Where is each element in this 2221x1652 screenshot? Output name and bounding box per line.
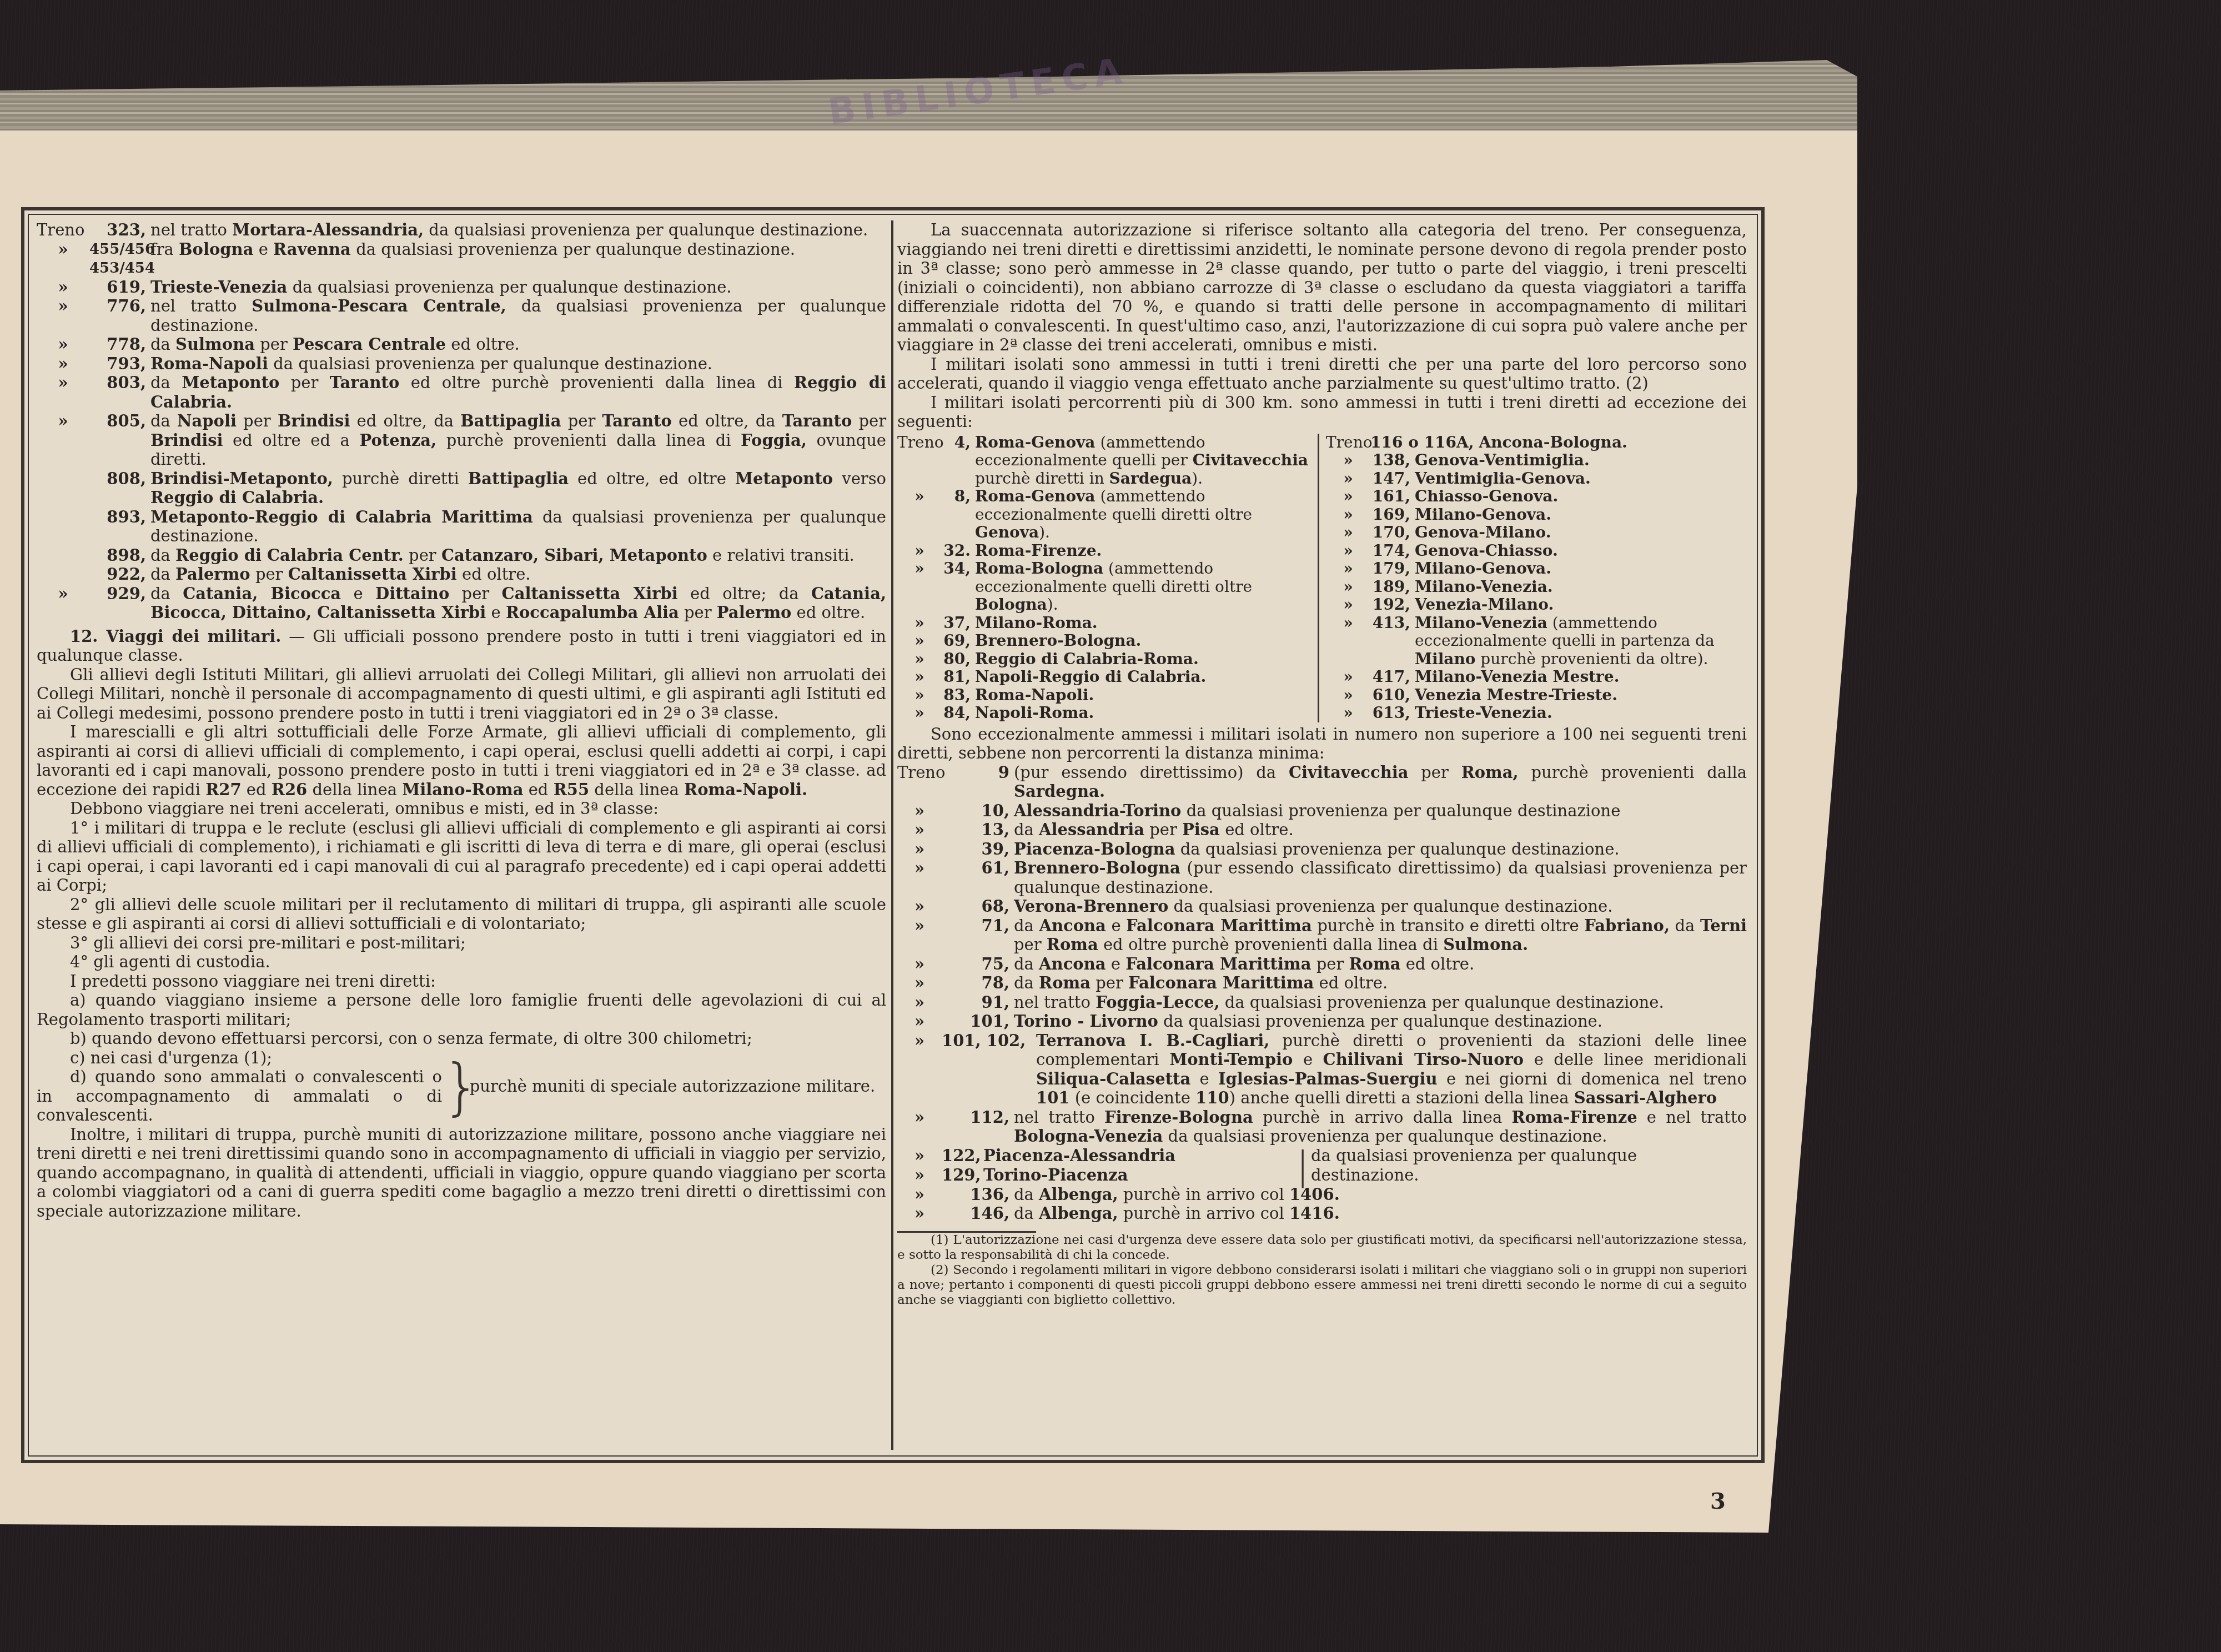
train-entry: »101, 102,Terranova I. B.-Cagliari, purc… (897, 1031, 1747, 1108)
train-entry: »37,Milano-Roma. (897, 614, 1318, 632)
footnote-2: (2) Secondo i regolamenti militari in vi… (897, 1263, 1747, 1308)
train-entry: 808, Brindisi-Metaponto, purchè diretti … (37, 469, 886, 508)
train-entry: »83,Roma-Napoli. (897, 686, 1318, 705)
train-entry: » 805, da Napoli per Brindisi ed oltre, … (37, 411, 886, 469)
train-entry: »147,Ventimiglia-Genova. (1326, 470, 1747, 488)
paragraph: Inoltre, i militari di truppa, purchè mu… (37, 1125, 886, 1221)
train-entry: »161,Chiasso-Genova. (1326, 488, 1747, 506)
train-entry: Treno9 (pur essendo direttissimo) da Civ… (897, 763, 1747, 801)
list-item: 2° gli allievi delle scuole militari per… (37, 895, 886, 933)
paragraph: I predetti possono viaggiare nei treni d… (37, 972, 886, 991)
train-entry: »613,Trieste-Venezia. (1326, 704, 1747, 722)
train-entry: 922, da Palermo per Caltanissetta Xirbi … (37, 565, 886, 584)
brace-group-trains: » 122, Piacenza-Alessandria | da qualsia… (897, 1146, 1747, 1185)
list-item: c) nei casi d'urgenza (1); (37, 1048, 442, 1068)
train-entry: » 776, nel tratto Sulmona-Pescara Centra… (37, 297, 886, 335)
paragraph: I militari isolati sono ammessi in tutti… (897, 355, 1747, 393)
list-item: d) quando sono ammalati o convalescenti … (37, 1067, 442, 1125)
train-entry: »417,Milano-Venezia Mestre. (1326, 668, 1747, 686)
train-entry: »138,Genova-Ventimiglia. (1326, 451, 1747, 470)
excluded-trains-table: Treno4,Roma-Genova (ammettendo ecceziona… (897, 434, 1747, 722)
brace-note: purchè muniti di speciale autorizzazione… (459, 1077, 886, 1096)
column-divider (891, 220, 893, 1450)
train-entry: »32.Roma-Firenze. (897, 542, 1318, 560)
right-column: La suaccennata autorizzazione si riferis… (897, 220, 1747, 1450)
train-entry: 893, Metaponto-Reggio di Calabria Maritt… (37, 508, 886, 546)
train-entry: Treno116 o 116A, Ancona-Bologna. (1326, 434, 1747, 452)
train-entry: »91,nel tratto Foggia-Lecce, da qualsias… (897, 993, 1747, 1012)
brace-icon: } (442, 1056, 459, 1117)
train-entry: »68,Verona-Brennero da qualsiasi proveni… (897, 897, 1747, 916)
train-entry: » 803, da Metaponto per Taranto ed oltre… (37, 373, 886, 411)
train-entry: »189,Milano-Venezia. (1326, 578, 1747, 596)
train-entry: » 929, da Catania, Bicocca e Dittaino pe… (37, 584, 886, 622)
paragraph: I militari isolati percorrenti più di 30… (897, 393, 1747, 431)
left-column: Treno 323, nel tratto Mortara-Alessandri… (37, 220, 886, 1450)
paragraph: Gli allievi degli Istituti Militari, gli… (37, 665, 886, 723)
train-entry: »413,Milano-Venezia (ammettendo eccezion… (1326, 614, 1747, 669)
paragraph: I marescialli e gli altri sottufficiali … (37, 722, 886, 799)
brace-group: c) nei casi d'urgenza (1); d) quando son… (37, 1048, 886, 1125)
section-title: 12. Viaggi dei militari. (70, 627, 281, 646)
treno-label: Treno (37, 220, 89, 240)
list-item: b) quando devono effettuarsi percorsi, c… (37, 1029, 886, 1048)
train-entry: » 778, da Sulmona per Pescara Centrale e… (37, 335, 886, 354)
train-entry: »101,Torino - Livorno da qualsiasi prove… (897, 1012, 1747, 1031)
train-entry: »112,nel tratto Firenze-Bologna purchè i… (897, 1108, 1747, 1146)
train-entry: »39,Piacenza-Bologna da qualsiasi proven… (897, 840, 1747, 859)
paragraph: La suaccennata autorizzazione si riferis… (897, 220, 1747, 355)
train-entry: » 455/456 453/454 fra Bologna e Ravenna … (37, 240, 886, 278)
train-entry: »136,da Albenga, purchè in arrivo col 14… (897, 1185, 1747, 1204)
list-item: a) quando viaggiano insieme a persone de… (37, 991, 886, 1029)
train-entry: Treno4,Roma-Genova (ammettendo ecceziona… (897, 434, 1318, 488)
train-entry: »78,da Roma per Falconara Marittima ed o… (897, 973, 1747, 993)
excluded-list-b: Treno116 o 116A, Ancona-Bologna. »138,Ge… (1319, 434, 1747, 722)
train-entry: »170,Genova-Milano. (1326, 524, 1747, 542)
footnote-1: (1) L'autorizzazione nei casi d'urgenza … (897, 1233, 1747, 1263)
list-item: 1° i militari di truppa e le reclute (es… (37, 819, 886, 895)
train-entry: »610,Venezia Mestre-Trieste. (1326, 686, 1747, 705)
train-entry: »84,Napoli-Roma. (897, 704, 1318, 722)
train-entry: »81,Napoli-Reggio di Calabria. (897, 668, 1318, 686)
train-entry: »61,Brennero-Bologna (pur essendo classi… (897, 858, 1747, 897)
list-item: 4° gli agenti di custodia. (37, 952, 886, 972)
train-entry: »8,Roma-Genova (ammettendo eccezionalmen… (897, 488, 1318, 542)
section-12: 12. Viaggi dei militari. — Gli ufficiali… (37, 627, 886, 665)
train-entry: » 619, Trieste-Venezia da qualsiasi prov… (37, 278, 886, 297)
train-entry: »10,Alessandria-Torino da qualsiasi prov… (897, 801, 1747, 821)
train-entry: »169,Milano-Genova. (1326, 506, 1747, 524)
paragraph: Debbono viaggiare nei treni accelerati, … (37, 799, 886, 819)
excluded-list-a: Treno4,Roma-Genova (ammettendo ecceziona… (897, 434, 1319, 722)
train-entry: »192,Venezia-Milano. (1326, 596, 1747, 614)
train-entry: »71,da Ancona e Falconara Marittima purc… (897, 916, 1747, 955)
train-entry: »13,da Alessandria per Pisa ed oltre. (897, 820, 1747, 840)
page-number: 3 (1710, 1488, 1726, 1514)
paragraph: Sono eccezionalmente ammessi i militari … (897, 725, 1747, 763)
train-entry: »75,da Ancona e Falconara Marittima per … (897, 955, 1747, 974)
brace-icon: | (1294, 1146, 1311, 1185)
train-entry: »80,Reggio di Calabria-Roma. (897, 650, 1318, 669)
list-item: 3° gli allievi dei corsi pre-militari e … (37, 933, 886, 953)
train-entry: »34,Roma-Bologna (ammettendo eccezionalm… (897, 560, 1318, 614)
train-entry: »179,Milano-Genova. (1326, 560, 1747, 578)
train-entry: Treno 323, nel tratto Mortara-Alessandri… (37, 220, 886, 240)
train-entry: »174,Genova-Chiasso. (1326, 542, 1747, 560)
text-frame: Treno 323, nel tratto Mortara-Alessandri… (21, 207, 1765, 1463)
train-entry: » 793, Roma-Napoli da qualsiasi provenie… (37, 354, 886, 374)
train-entry: 898, da Reggio di Calabria Centr. per Ca… (37, 546, 886, 565)
train-entry: »69,Brennero-Bologna. (897, 632, 1318, 650)
train-entry: »146,da Albenga, purchè in arrivo col 14… (897, 1204, 1747, 1223)
